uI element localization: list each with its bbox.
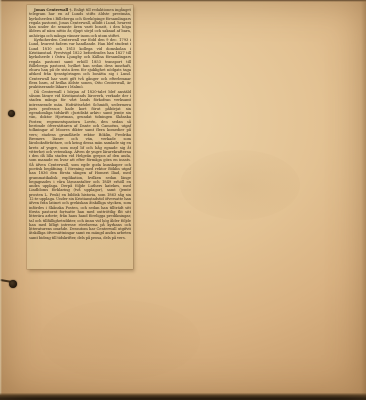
punch-hole-bottom [9, 280, 17, 288]
scan-edge-right [361, 0, 366, 400]
obituary-paragraph-1: Jonas Centerwall †. Enligt till redaktio… [29, 8, 131, 38]
obituary-paragraph-3: Då Centerwall i början af 1820-talet ble… [29, 90, 131, 240]
scan-edge-top [0, 0, 366, 2]
paper-stain [180, 150, 300, 220]
scrapbook-page: Jonas Centerwall †. Enligt till redaktio… [0, 0, 366, 400]
newspaper-clipping: Jonas Centerwall †. Enligt till redaktio… [27, 5, 133, 269]
page-edge-left [0, 0, 2, 400]
obituary-paragraph-2: Kyrkoherden Centerwall var född den 9 de… [29, 38, 131, 90]
paper-stain [40, 300, 200, 380]
obituary-paragraph-1-text: Enligt till redaktionen ingånget telegra… [29, 8, 131, 38]
punch-hole-top [8, 110, 15, 117]
scan-edge-bottom [0, 393, 366, 400]
